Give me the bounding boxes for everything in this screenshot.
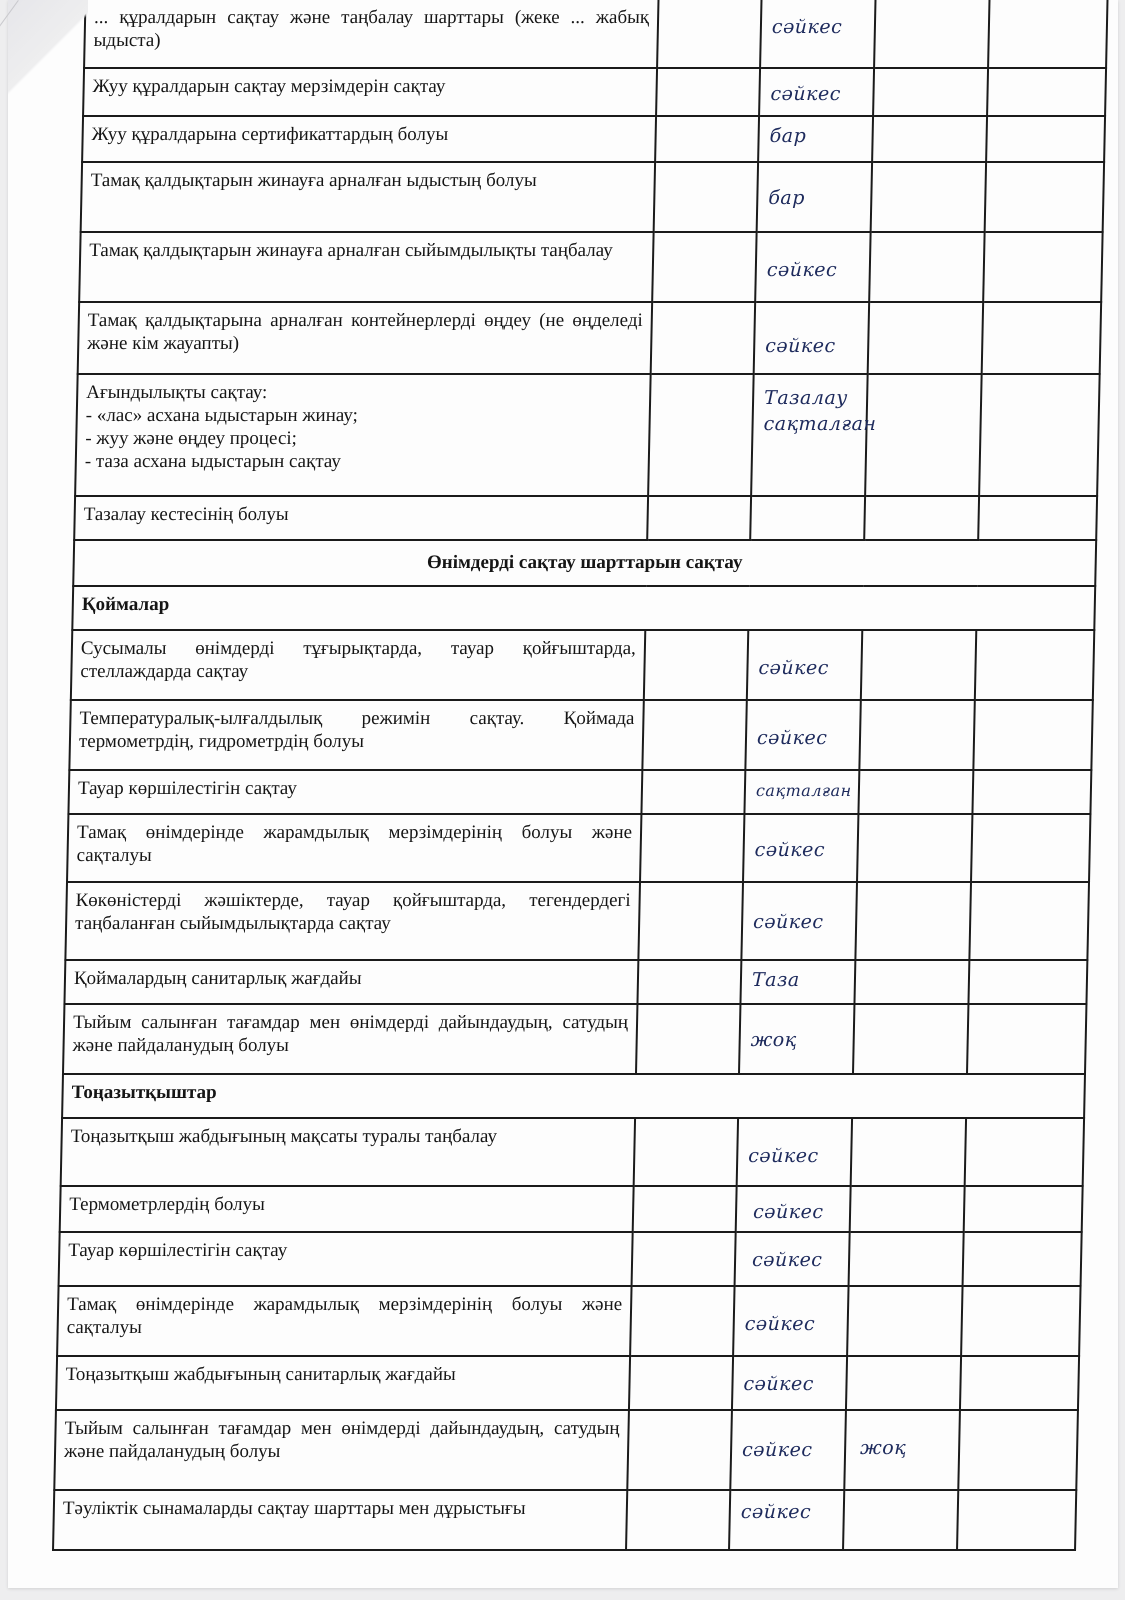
row-description-line: - «лас» асхана ыдыстарын жинау; — [86, 404, 641, 427]
cell-col1 — [637, 960, 741, 1004]
handwritten-value: сәйкес — [741, 1501, 835, 1524]
table-row: Термометрлердің болуы сәйкес — [60, 1186, 1083, 1232]
section-title: Өнімдерді сақтау шарттарын сақтау — [73, 540, 1096, 586]
cell-col2: сәйкес — [741, 882, 857, 960]
cell-col4 — [972, 770, 1091, 814]
subsection-title-warehouses: Қоймалар — [72, 586, 1095, 630]
cell-col4 — [957, 1490, 1076, 1550]
handwritten-value: сәйкес — [745, 1313, 839, 1336]
cell-col4 — [961, 1286, 1080, 1356]
table-row: Тамақ өнімдерінде жарамдылық мерзімдерін… — [67, 814, 1090, 882]
cell-col3: жоқ — [844, 1410, 960, 1490]
table-row: Тамақ қалдықтарына арналған контейнерлер… — [78, 302, 1102, 374]
cell-col4 — [988, 0, 1107, 68]
checklist-body: ... құралдарын сақтау және таңбалау шарт… — [53, 0, 1107, 1550]
cell-col1 — [630, 1286, 734, 1356]
cell-col3 — [868, 302, 984, 374]
handwritten-value: Таза — [752, 969, 846, 992]
cell-col4 — [973, 700, 1092, 770]
row-description: Тамақ қалдықтарына арналған контейнерлер… — [78, 302, 653, 374]
cell-col3 — [843, 1490, 958, 1550]
cell-col4 — [965, 1118, 1084, 1186]
handwritten-value: бар — [769, 125, 863, 148]
handwritten-value: сәйкес — [757, 727, 851, 750]
row-description: Тоңазытқыш жабдығының мақсаты туралы таң… — [61, 1118, 635, 1186]
cell-col1 — [644, 630, 748, 700]
cell-col3 — [874, 0, 989, 68]
handwritten-value: сәйкес — [754, 839, 848, 862]
table-row: Ағындылықты сақтау: - «лас» асхана ыдыст… — [75, 374, 1100, 496]
row-description: Тыйым салынған тағамдар мен өнімдерді да… — [63, 1004, 637, 1074]
row-description: Тамақ өнімдерінде жарамдылық мерзімдерін… — [57, 1286, 631, 1356]
cell-col4 — [960, 1356, 1079, 1410]
handwritten-value: Тазалау сақталған — [763, 385, 858, 437]
cell-col4 — [964, 1186, 1083, 1232]
cell-col2: сәйкес — [735, 1232, 850, 1286]
cell-col2: сәйкес — [743, 814, 858, 882]
cell-col1 — [634, 1118, 738, 1186]
cell-col2: сақталған — [744, 770, 859, 814]
cell-col3 — [854, 960, 969, 1004]
row-description: ... құралдарын сақтау және таңбалау шарт… — [84, 0, 658, 68]
cell-col1 — [651, 302, 756, 374]
cell-col3 — [873, 68, 988, 116]
row-description-line: Ағындылықты сақтау: — [86, 381, 641, 404]
table-row: Сусымалы өнімдерді тұғырықтарда, тауар қ… — [71, 630, 1094, 700]
handwritten-value: сәйкес — [767, 259, 861, 282]
cell-col2 — [750, 496, 865, 540]
cell-col3 — [846, 1356, 961, 1410]
cell-col1 — [647, 496, 751, 540]
table-row: Тамақ өнімдерінде жарамдылық мерзімдерін… — [57, 1286, 1080, 1356]
row-description: Тамақ өнімдерінде жарамдылық мерзімдерін… — [67, 814, 641, 882]
row-description: Тоңазытқыш жабдығының санитарлық жағдайы — [56, 1356, 630, 1410]
cell-col1 — [632, 1232, 736, 1286]
cell-col4 — [978, 496, 1097, 540]
cell-col2: сәйкес — [730, 1410, 846, 1490]
row-description: Қоймалардың санитарлық жағдайы — [64, 960, 638, 1004]
row-description: Тауар көршілестігін сақтау — [68, 770, 642, 814]
cell-col1 — [652, 232, 756, 302]
cell-col3 — [858, 770, 973, 814]
cell-col2: сәйкес — [732, 1356, 847, 1410]
cell-col4 — [985, 162, 1104, 232]
row-description: Тыйым салынған тағамдар мен өнімдерді да… — [54, 1410, 629, 1490]
cell-col2: сәйкес — [759, 68, 874, 116]
row-description: Тамақ қалдықтарын жинауға арналған сыйым… — [79, 232, 653, 302]
table-row: Тауар көршілестігін сақтау сәйкес — [59, 1232, 1082, 1286]
handwritten-value: сәйкес — [770, 83, 864, 106]
cell-col2: бар — [757, 162, 872, 232]
scanned-page: ... құралдарын сақтау және таңбалау шарт… — [8, 0, 1118, 1588]
cell-col1 — [648, 374, 754, 496]
cell-col2: жоқ — [739, 1004, 854, 1074]
handwritten-value: бар — [768, 187, 862, 210]
table-row: Қоймалардың санитарлық жағдайы Таза — [64, 960, 1087, 1004]
handwritten-value: сақталған — [756, 779, 850, 802]
cell-col2: сәйкес — [754, 302, 870, 374]
row-description: Сусымалы өнімдерді тұғырықтарда, тауар қ… — [71, 630, 645, 700]
handwritten-value: сәйкес — [772, 16, 866, 39]
cell-col3 — [853, 1004, 968, 1074]
cell-col4 — [987, 68, 1106, 116]
cell-col1 — [642, 700, 746, 770]
handwritten-value: сәйкес — [743, 1373, 837, 1396]
cell-col1 — [626, 1490, 730, 1550]
cell-col2: бар — [758, 116, 873, 162]
cell-col2: Таза — [740, 960, 855, 1004]
cell-col1 — [657, 0, 761, 68]
row-description-line: - жуу және өңдеу процесі; — [85, 427, 640, 450]
row-description: Көкөністерді жәшіктерде, тауар қойғыштар… — [65, 882, 640, 960]
cell-col2: сәйкес — [733, 1286, 848, 1356]
cell-col1 — [633, 1186, 737, 1232]
cell-col4 — [969, 882, 1089, 960]
table-row: Жуу құралдарын сақтау мерзімдерін сақтау… — [83, 68, 1106, 116]
cell-col2: сәйкес — [736, 1186, 851, 1232]
handwritten-value: жоқ — [860, 1437, 950, 1460]
cell-col1 — [641, 770, 745, 814]
table-row: Температуралық-ылғалдылық режимін сақтау… — [69, 700, 1092, 770]
handwritten-value: сәйкес — [758, 657, 852, 680]
cell-col4 — [986, 116, 1105, 162]
handwritten-value: сәйкес — [753, 911, 847, 934]
cell-col4 — [971, 814, 1090, 882]
cell-col3 — [857, 814, 972, 882]
row-description: Термометрлердің болуы — [60, 1186, 634, 1232]
handwritten-value: сәйкес — [753, 1201, 841, 1224]
handwritten-value: сәйкес — [752, 1249, 840, 1272]
cell-col3 — [865, 374, 982, 496]
cell-col4 — [963, 1232, 1082, 1286]
table-row: Тазалау кестесінің болуы — [74, 496, 1097, 540]
cell-col1 — [627, 1410, 732, 1490]
handwritten-value: сәйкес — [742, 1439, 836, 1462]
cell-col1 — [654, 162, 758, 232]
table-row: Тәуліктік сынамаларды сақтау шарттары ме… — [53, 1490, 1076, 1550]
cell-col3 — [869, 232, 984, 302]
row-description: Тамақ қалдықтарын жинауға арналған ыдыст… — [81, 162, 655, 232]
table-row: Тауар көршілестігін сақтау сақталған — [68, 770, 1091, 814]
cell-col1 — [636, 1004, 740, 1074]
table-row: Көкөністерді жәшіктерде, тауар қойғыштар… — [65, 882, 1089, 960]
row-description: Тауар көршілестігін сақтау — [59, 1232, 633, 1286]
cell-col1 — [638, 882, 743, 960]
cell-col3 — [855, 882, 971, 960]
cell-col3 — [861, 630, 976, 700]
cell-col4 — [968, 960, 1087, 1004]
cell-col4 — [982, 302, 1102, 374]
cell-col1 — [629, 1356, 733, 1410]
subsection-header-row: Қоймалар — [72, 586, 1095, 630]
section-header-row: Өнімдерді сақтау шарттарын сақтау — [73, 540, 1096, 586]
table-row: Тыйым салынған тағамдар мен өнімдерді да… — [63, 1004, 1086, 1074]
table-row: Тыйым салынған тағамдар мен өнімдерді да… — [54, 1410, 1078, 1490]
cell-col4 — [958, 1410, 1078, 1490]
row-description: Температуралық-ылғалдылық режимін сақтау… — [69, 700, 643, 770]
row-description-line: - таза асхана ыдыстарын сақтау — [85, 450, 640, 473]
table-row: Жуу құралдарына сертификаттардың болуы б… — [82, 116, 1105, 162]
cell-col2: сәйкес — [760, 0, 875, 68]
cell-col3 — [849, 1232, 964, 1286]
cell-col3 — [851, 1118, 966, 1186]
inspection-checklist-table: ... құралдарын сақтау және таңбалау шарт… — [52, 0, 1108, 1551]
cell-col1 — [656, 68, 760, 116]
cell-col2: сәйкес — [745, 700, 860, 770]
row-description: Ағындылықты сақтау: - «лас» асхана ыдыст… — [75, 374, 651, 496]
folded-corner — [8, 0, 88, 110]
table-row: Тамақ қалдықтарын жинауға арналған сыйым… — [79, 232, 1102, 302]
cell-col4 — [983, 232, 1102, 302]
row-description: Жуу құралдарын сақтау мерзімдерін сақтау — [83, 68, 657, 116]
checklist-sheet: ... құралдарын сақтау және таңбалау шарт… — [52, 0, 1074, 1551]
table-row: Тоңазытқыш жабдығының мақсаты туралы таң… — [61, 1118, 1084, 1186]
cell-col2: сәйкес — [747, 630, 862, 700]
cell-col3 — [859, 700, 974, 770]
handwritten-value: сәйкес — [748, 1145, 842, 1168]
table-row: ... құралдарын сақтау және таңбалау шарт… — [84, 0, 1107, 68]
cell-col3 — [872, 116, 987, 162]
cell-col4 — [979, 374, 1100, 496]
row-description: Тазалау кестесінің болуы — [74, 496, 648, 540]
handwritten-value: сәйкес — [765, 335, 859, 358]
cell-col3 — [847, 1286, 962, 1356]
cell-col2: сәйкес — [737, 1118, 852, 1186]
subsection-title-refrigerators: Тоңазытқыштар — [62, 1074, 1085, 1118]
cell-col2: Тазалау сақталған — [751, 374, 868, 496]
subsection-header-row: Тоңазытқыштар — [62, 1074, 1085, 1118]
table-row: Тоңазытқыш жабдығының санитарлық жағдайы… — [56, 1356, 1079, 1410]
cell-col2: сәйкес — [755, 232, 870, 302]
row-description: Тәуліктік сынамаларды сақтау шарттары ме… — [53, 1490, 627, 1550]
cell-col4 — [967, 1004, 1086, 1074]
cell-col3 — [850, 1186, 965, 1232]
cell-col3 — [871, 162, 986, 232]
handwritten-value: жоқ — [750, 1029, 844, 1052]
cell-col1 — [640, 814, 744, 882]
cell-col4 — [975, 630, 1094, 700]
cell-col2: сәйкес — [729, 1490, 844, 1550]
row-description: Жуу құралдарына сертификаттардың болуы — [82, 116, 656, 162]
cell-col3 — [864, 496, 979, 540]
table-row: Тамақ қалдықтарын жинауға арналған ыдыст… — [81, 162, 1104, 232]
cell-col1 — [655, 116, 759, 162]
